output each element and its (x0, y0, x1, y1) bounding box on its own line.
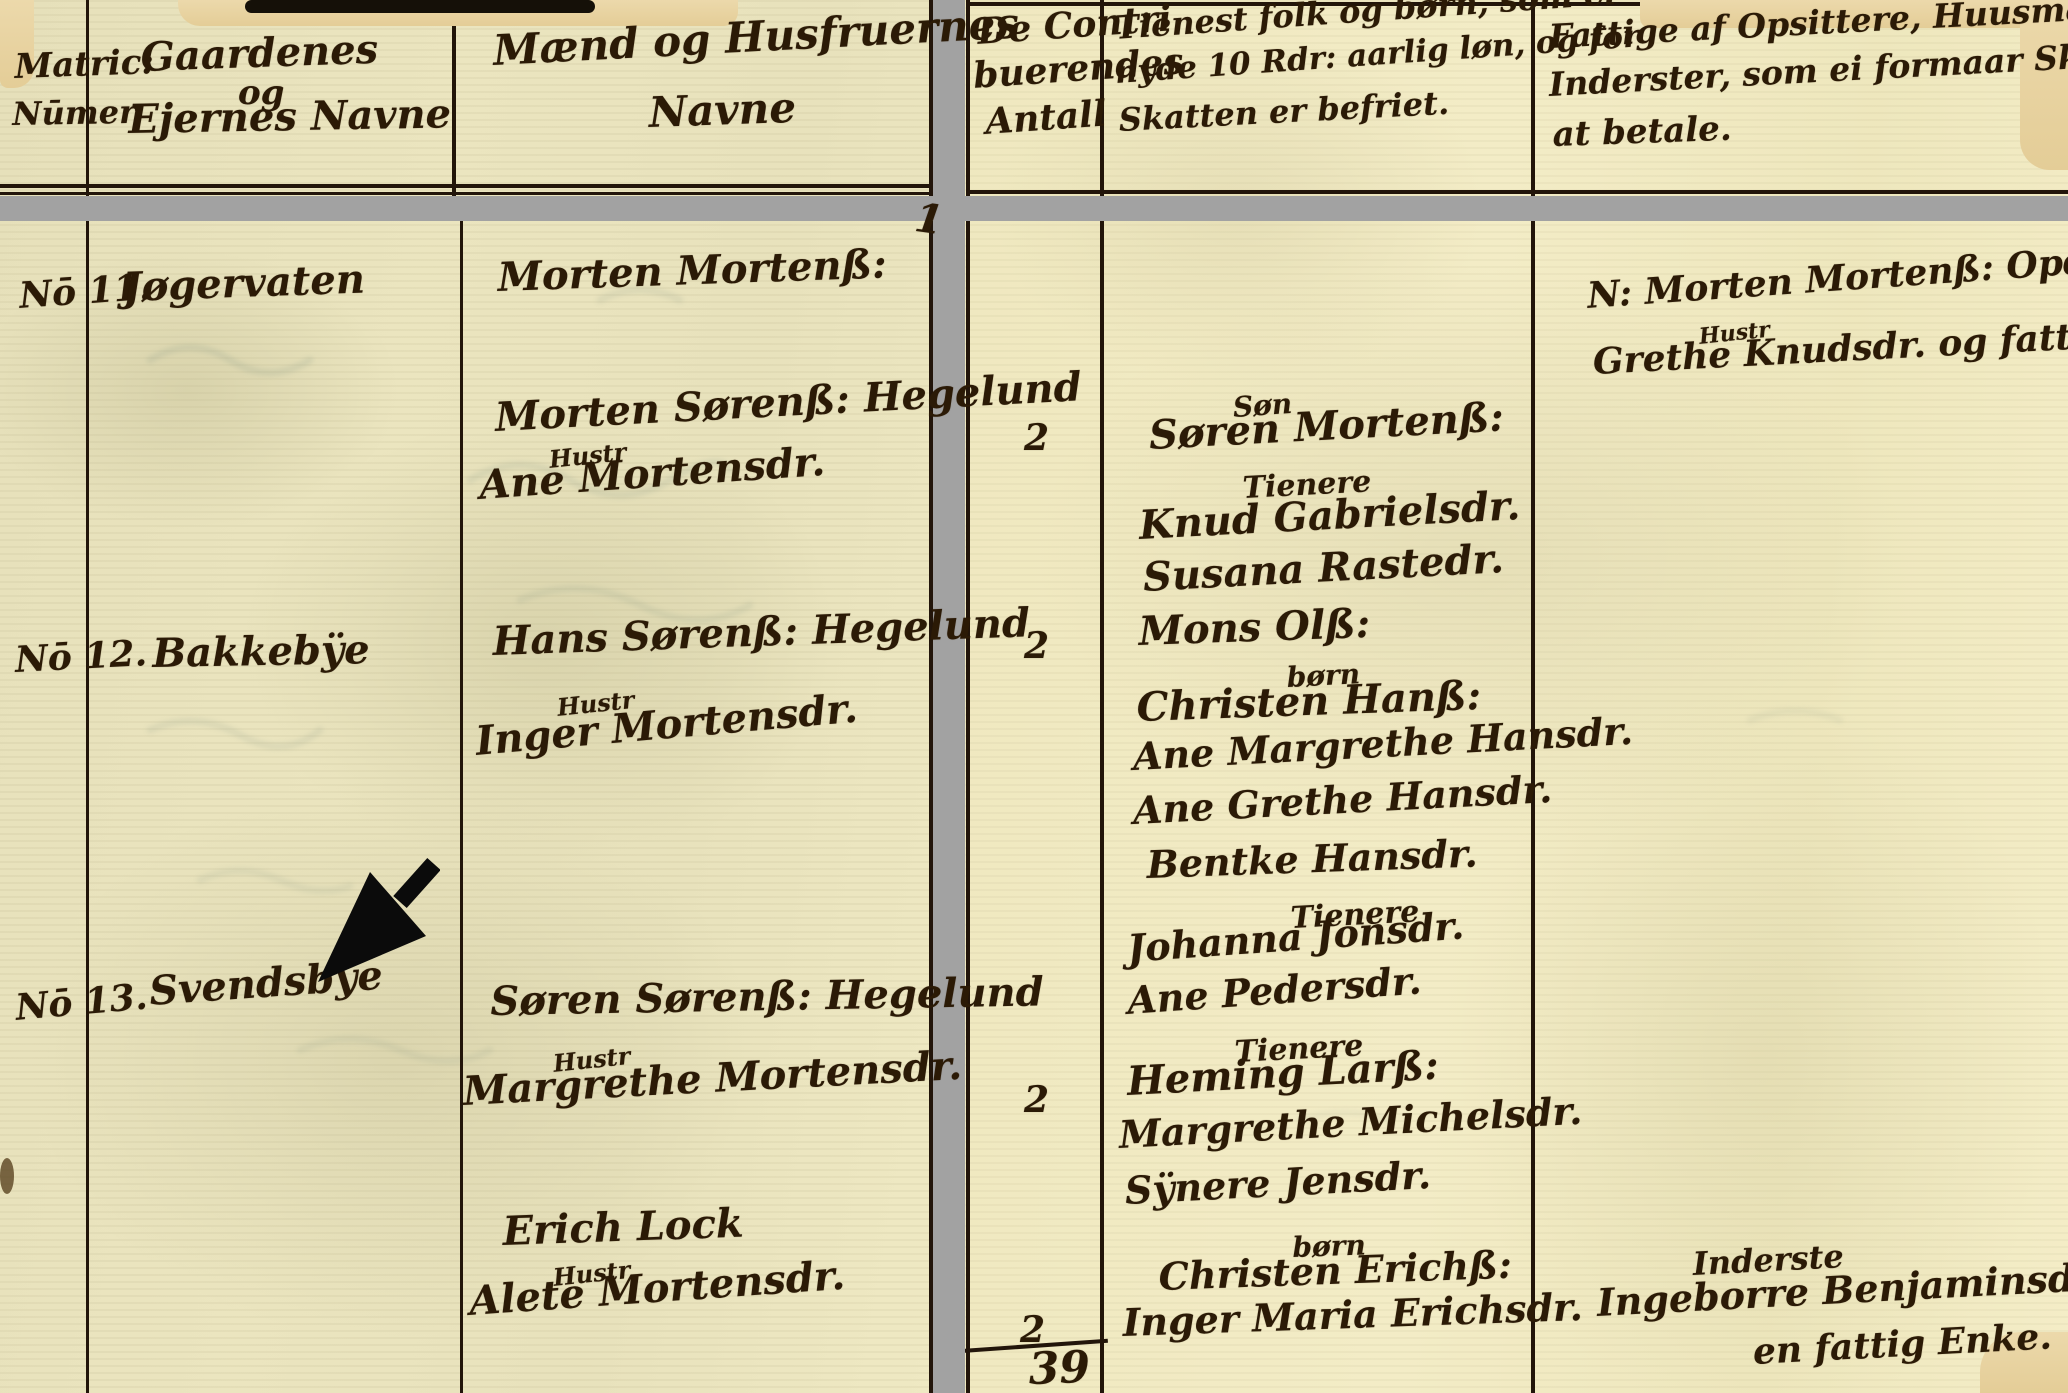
column-total: 39 (1028, 1346, 1091, 1392)
group1-count: 2 (1024, 420, 1049, 456)
group1-soren-mortens: Søren Mortenß: (1148, 397, 1505, 456)
header-matric-line1: Matric: (14, 45, 155, 84)
header-matric-line2: Nūmer (12, 96, 136, 130)
row13b-man: Erich Lock (502, 1204, 744, 1252)
row11b-wife: Ane Mortensdr. (478, 442, 826, 506)
group2-ane-grethe: Ane Grethe Hansdr. (1132, 770, 1553, 830)
row11b-man: Morten Sørenß: Hegelund (494, 367, 1083, 438)
entries-layer: Matric:NūmerGaardenesogEjernes NavneMænd… (0, 0, 2068, 1393)
header-poor-line3: at betale. (1552, 112, 1732, 152)
row12-man: Hans Sørenß: Hegelund (492, 603, 1031, 662)
header-names-line1: Mænd og Husfruernes (492, 2, 1020, 71)
arrow-annotation (312, 856, 440, 992)
group2-bentke: Bentke Hansdr. (1146, 834, 1478, 884)
header-farms-line1: Gaardenes (140, 30, 379, 78)
document-scan: Matric:NūmerGaardenesogEjernes NavneMænd… (0, 0, 2068, 1393)
header-contrib-line3: Antall (984, 96, 1108, 140)
note-grethe: Grethe Knudsdr. og fattig (1592, 317, 2068, 380)
group1-mons-ols: Mons Olß: (1138, 604, 1371, 652)
row12-number: Nō 12. (14, 635, 148, 678)
poor-enke: en fattig Enke. (1752, 1318, 2053, 1370)
row13b-wife: Alete Mortensdr. (468, 1256, 846, 1322)
group1-susana-rastedr: Susana Rastedr. (1142, 539, 1505, 598)
row13-man: Søren Sørenß: Hegelund (490, 972, 1044, 1022)
arrow-icon (312, 856, 440, 988)
group3-synere-jensdr: Sÿnere Jensdr. (1124, 1156, 1432, 1210)
group2-count: 2 (1024, 628, 1049, 664)
row11-farm: Jøgervaten (122, 260, 366, 308)
group3-count: 2 (1024, 1082, 1049, 1118)
poor-ingeborre: Ingeborre Benjaminsdr. (1596, 1257, 2068, 1322)
header-servants-line3: Skatten er befriet. (1118, 87, 1450, 136)
header-farms-line3: Ejernes Navne (128, 94, 451, 140)
row11-tally: 1 (912, 198, 945, 241)
row13-number: Nō 13. (14, 978, 149, 1025)
row12-farm: Bakkebÿe (152, 630, 370, 674)
row11-head-name: Morten Mortenß: (497, 244, 887, 298)
row13-wife: Margrethe Mortensdr. (462, 1046, 963, 1112)
header-names-line2: Navne (648, 87, 797, 134)
note-n-morten: N: Morten Mortenß: Opdragt (1586, 237, 2068, 314)
row12-wife: Inger Mortensdr. (474, 689, 859, 762)
group2-ane-pedersdr: Ane Pedersdr. (1126, 961, 1423, 1019)
group3-heming-lars: Heming Larß: (1126, 1046, 1440, 1102)
